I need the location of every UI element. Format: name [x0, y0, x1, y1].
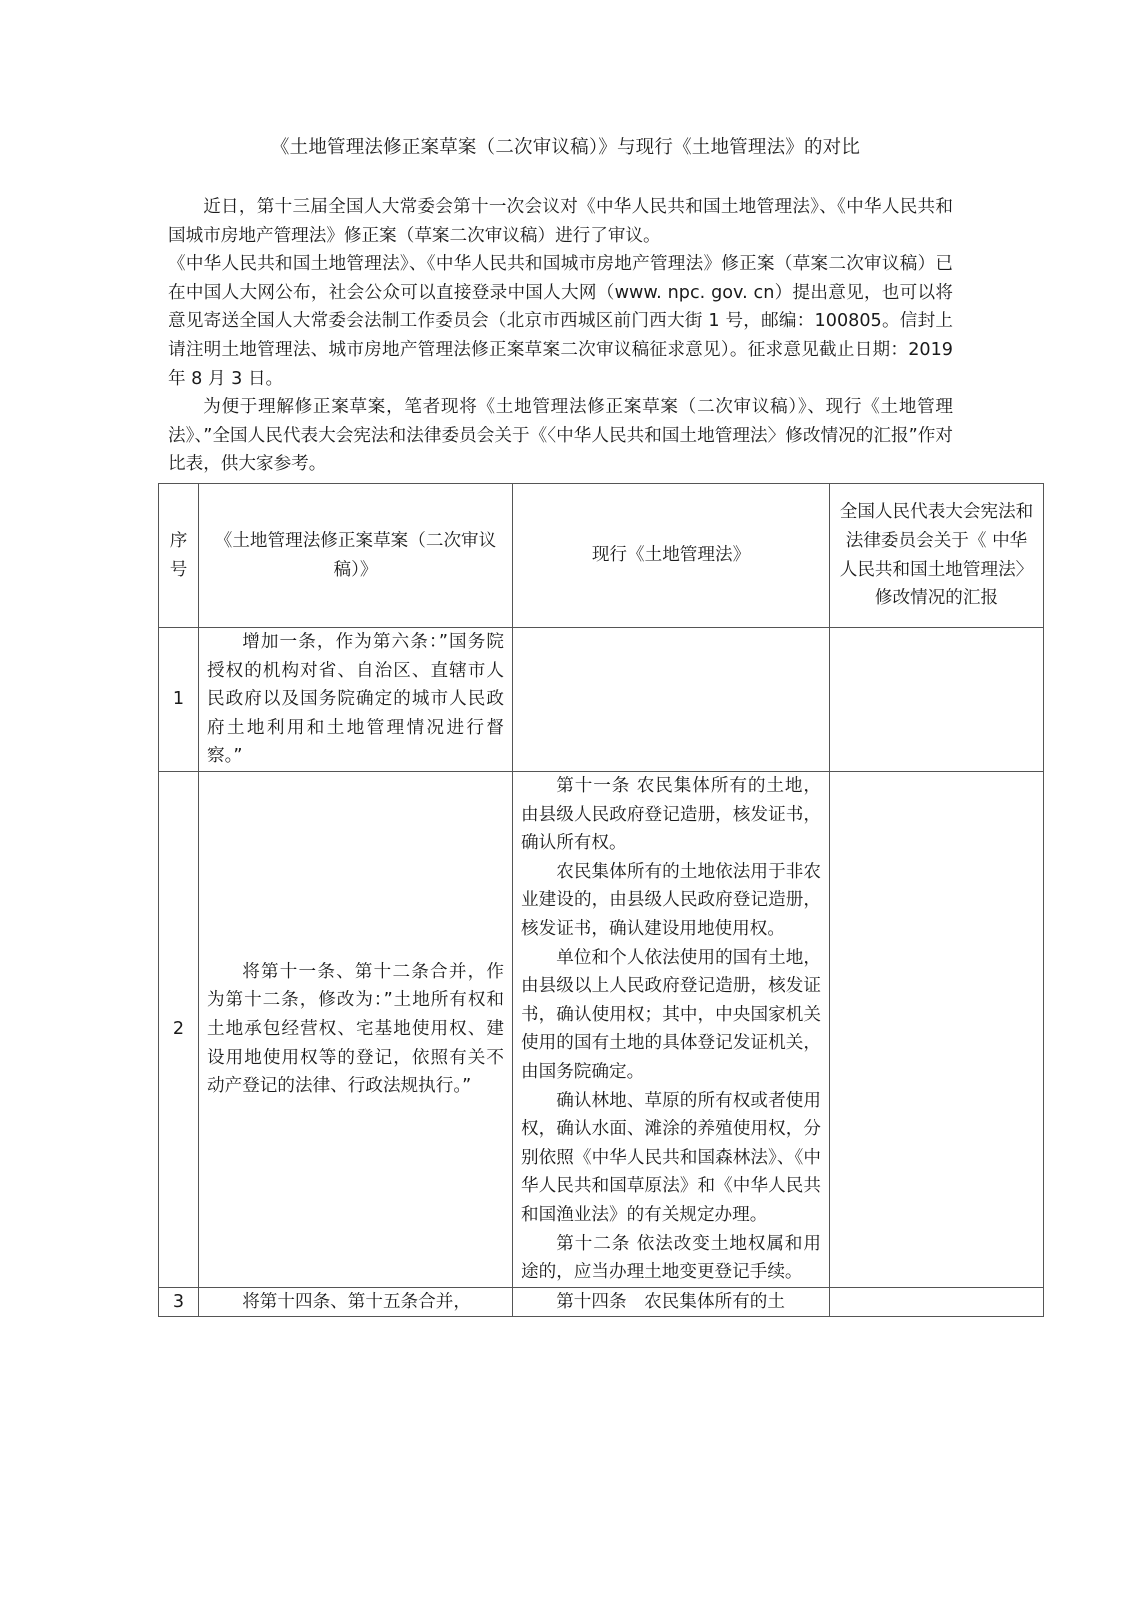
document-page: 《土地管理法修正案草案（二次审议稿）》与现行《土地管理法》的对比 近日，第十三届…: [0, 0, 1131, 1600]
row-number: 2: [159, 772, 199, 1288]
draft-cell: 将第十一条、第十二条合并，作为第十二条，修改为：”土地所有权和土地承包经营权、宅…: [199, 772, 513, 1288]
report-cell: [830, 628, 1044, 772]
draft-cell: 将第十四条、第十五条合并，: [199, 1287, 513, 1317]
intro-paragraph-review: 近日，第十三届全国人大常委会第十一次会议对《中华人民共和国土地管理法》、《中华人…: [168, 193, 953, 250]
header-current-law: 现行《土地管理法》: [513, 484, 830, 628]
row-number: 1: [159, 628, 199, 772]
current-law-text: 第十二条 依法改变土地权属和用途的，应当办理土地变更登记手续。: [521, 1230, 821, 1287]
table-header-row: 序号 《土地管理法修正案草案（二次审议稿）》 现行《土地管理法》 全国人民代表大…: [159, 484, 1044, 628]
draft-text: 增加一条，作为第六条：”国务院授权的机构对省、自治区、直辖市人民政府以及国务院确…: [207, 628, 504, 771]
draft-text: 将第十一条、第十二条合并，作为第十二条，修改为：”土地所有权和土地承包经营权、宅…: [207, 958, 504, 1101]
intro-section: 近日，第十三届全国人大常委会第十一次会议对《中华人民共和国土地管理法》、《中华人…: [168, 193, 953, 479]
intro-paragraph-comments: 《中华人民共和国土地管理法》、《中华人民共和国城市房地产管理法》修正案（草案二次…: [168, 250, 953, 393]
table-row: 2 将第十一条、第十二条合并，作为第十二条，修改为：”土地所有权和土地承包经营权…: [159, 772, 1044, 1288]
row-number: 3: [159, 1287, 199, 1317]
document-title: 《土地管理法修正案草案（二次审议稿）》与现行《土地管理法》的对比: [0, 134, 1131, 162]
current-law-text: 第十四条 农民集体所有的土: [521, 1288, 821, 1317]
header-serial-number: 序号: [159, 484, 199, 628]
draft-cell: 增加一条，作为第六条：”国务院授权的机构对省、自治区、直辖市人民政府以及国务院确…: [199, 628, 513, 772]
intro-paragraph-purpose: 为便于理解修正案草案，笔者现将《土地管理法修正案草案（二次审议稿）》、现行《土地…: [168, 393, 953, 479]
table-row: 3 将第十四条、第十五条合并， 第十四条 农民集体所有的土: [159, 1287, 1044, 1317]
report-cell: [830, 772, 1044, 1288]
table-row: 1 增加一条，作为第六条：”国务院授权的机构对省、自治区、直辖市人民政府以及国务…: [159, 628, 1044, 772]
report-cell: [830, 1287, 1044, 1317]
header-committee-report: 全国人民代表大会宪法和法律委员会关于《 中华人民共和国土地管理法〉修改情况的汇报: [830, 484, 1044, 628]
current-law-text: 农民集体所有的土地依法用于非农业建设的，由县级人民政府登记造册，核发证书，确认建…: [521, 858, 821, 944]
comparison-table: 序号 《土地管理法修正案草案（二次审议稿）》 现行《土地管理法》 全国人民代表大…: [158, 483, 1044, 1317]
current-law-cell: 第十一条 农民集体所有的土地，由县级人民政府登记造册，核发证书，确认所有权。 农…: [513, 772, 830, 1288]
current-law-cell: [513, 628, 830, 772]
draft-text: 将第十四条、第十五条合并，: [207, 1288, 504, 1317]
current-law-text: 单位和个人依法使用的国有土地，由县级以上人民政府登记造册，核发证书，确认使用权；…: [521, 944, 821, 1087]
header-draft-amendment: 《土地管理法修正案草案（二次审议稿）》: [199, 484, 513, 628]
current-law-cell: 第十四条 农民集体所有的土: [513, 1287, 830, 1317]
current-law-text: 确认林地、草原的所有权或者使用权，确认水面、滩涂的养殖使用权，分别依照《中华人民…: [521, 1087, 821, 1230]
current-law-text: 第十一条 农民集体所有的土地，由县级人民政府登记造册，核发证书，确认所有权。: [521, 772, 821, 858]
